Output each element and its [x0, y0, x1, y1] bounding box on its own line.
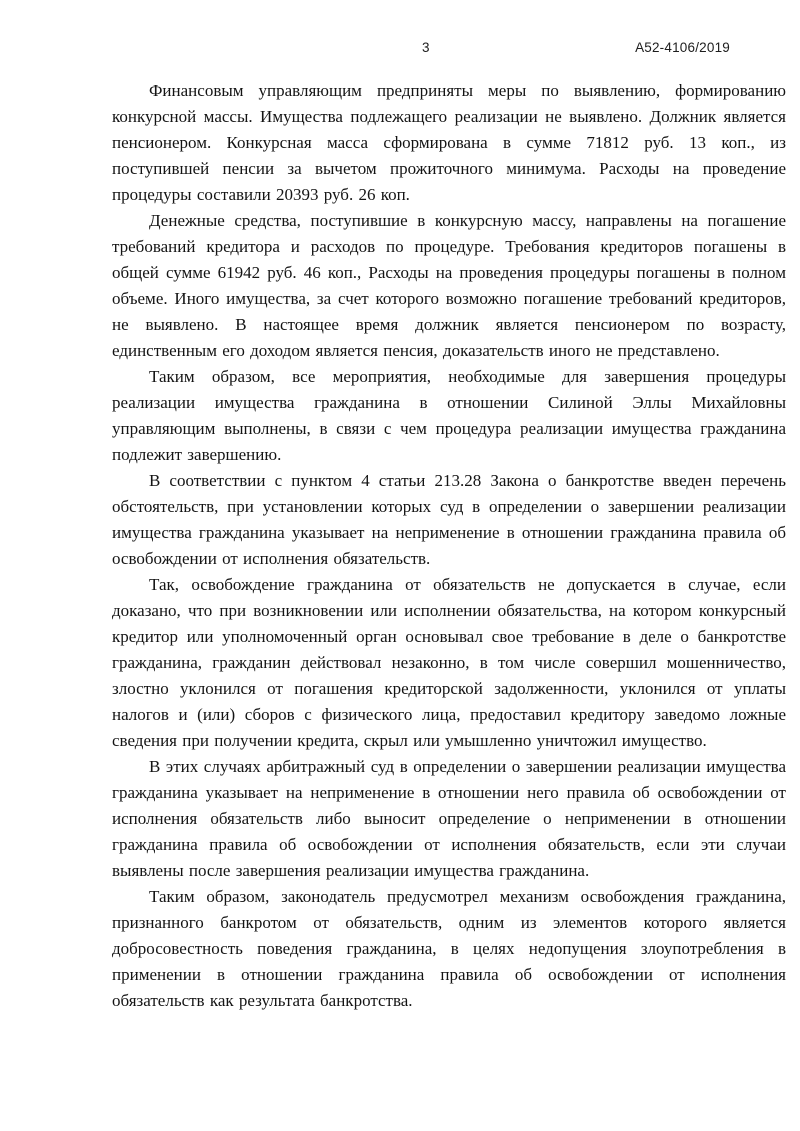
page-number: 3	[422, 40, 430, 55]
paragraph-procedure-completion: Таким образом, все мероприятия, необходи…	[112, 364, 786, 468]
case-number: A52-4106/2019	[635, 40, 730, 55]
paragraph-legislator-mechanism: Таким образом, законодатель предусмотрел…	[112, 884, 786, 1014]
page-header: 3 A52-4106/2019	[0, 40, 800, 58]
paragraph-court-ruling-cases: В этих случаях арбитражный суд в определ…	[112, 754, 786, 884]
document-page: 3 A52-4106/2019 Финансовым управляющим п…	[0, 0, 800, 1131]
paragraph-funds-distribution: Денежные средства, поступившие в конкурс…	[112, 208, 786, 364]
document-body: Финансовым управляющим предприняты меры …	[112, 78, 786, 1014]
paragraph-release-exceptions: Так, освобождение гражданина от обязател…	[112, 572, 786, 754]
paragraph-financial-manager-measures: Финансовым управляющим предприняты меры …	[112, 78, 786, 208]
paragraph-law-213-28: В соответствии с пунктом 4 статьи 213.28…	[112, 468, 786, 572]
